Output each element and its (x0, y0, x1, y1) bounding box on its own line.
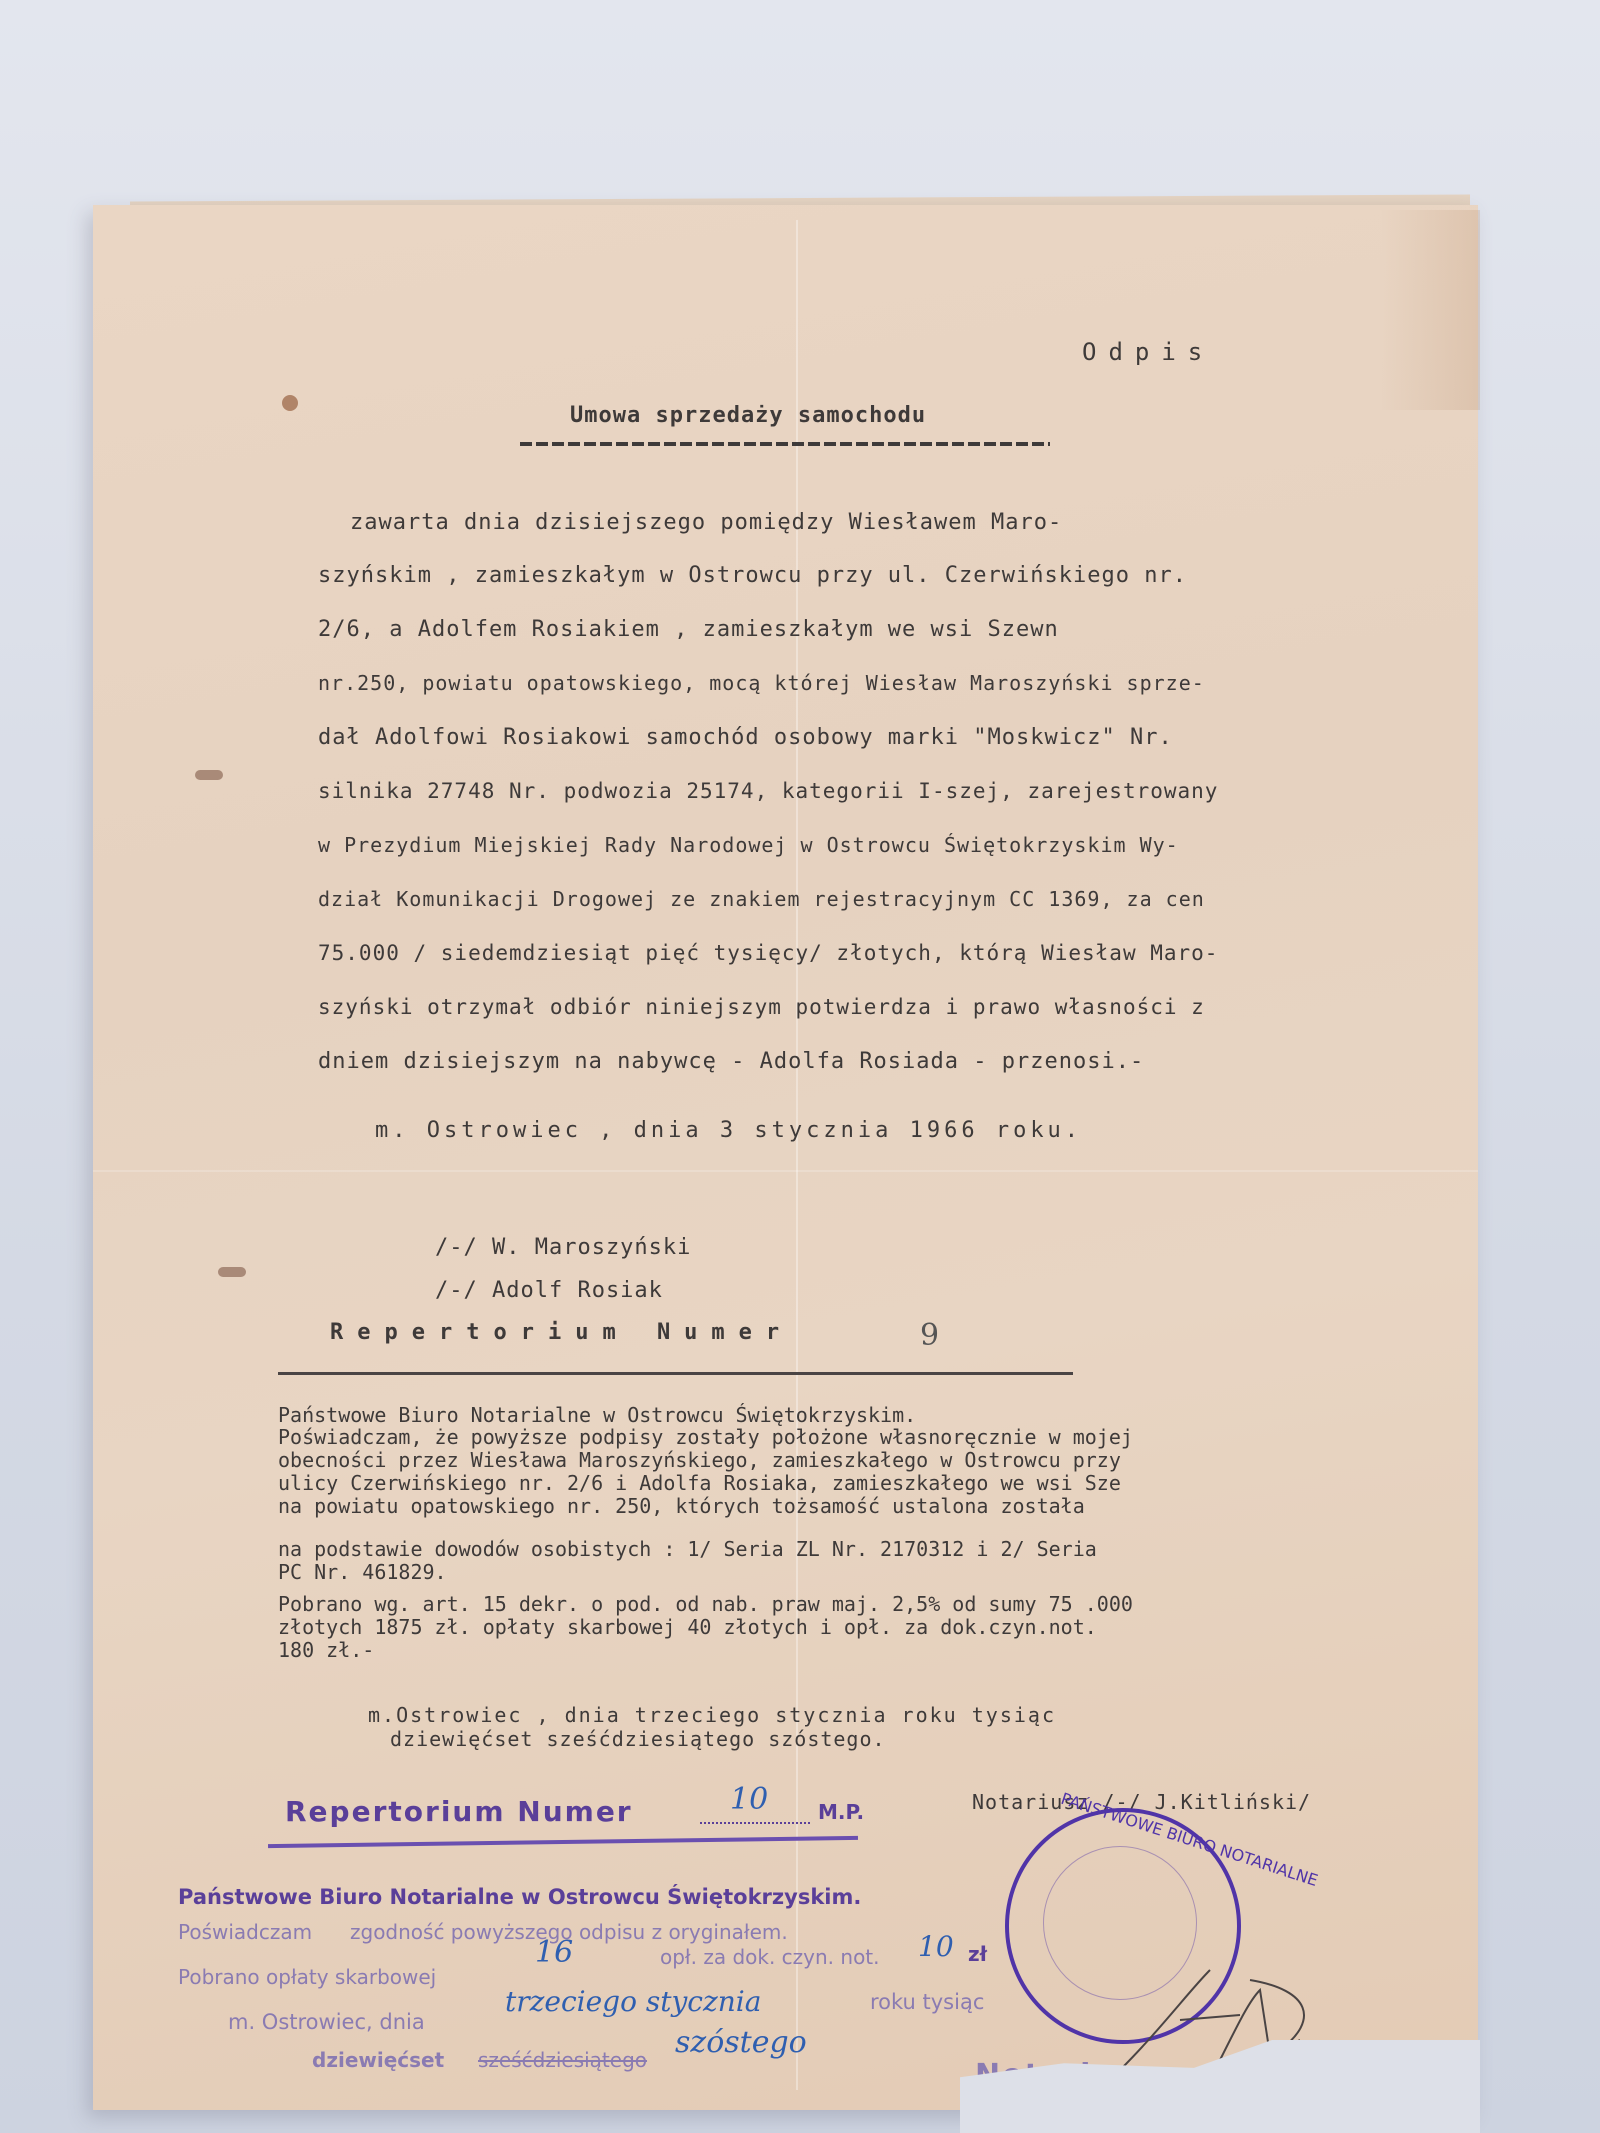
punch-hole (218, 1267, 246, 1277)
fees-handwritten: 16 (535, 1935, 573, 1970)
notary-line: 180 zł.- (278, 1638, 374, 1662)
stamp-office-line: Państwowe Biuro Notarialne w Ostrowcu Św… (178, 1885, 861, 1909)
stamp-repertorium-number: 10 (730, 1782, 768, 1817)
fees-amount: 10 (918, 1930, 954, 1963)
year-handwritten: szóstego (675, 2025, 807, 2060)
signature-seller: /-/ W. Maroszyński (435, 1235, 691, 1260)
notary-line: Państwowe Biuro Notarialne w Ostrowcu Św… (278, 1403, 916, 1427)
fees-currency: zł (968, 1942, 987, 1966)
body-line: silnika 27748 Nr. podwozia 25174, katego… (318, 779, 1218, 803)
notary-line: na powiatu opatowskiego nr. 250, których… (278, 1494, 1085, 1518)
stamp-year-printed: sześćdziesiątego (478, 2048, 647, 2072)
signature-buyer: /-/ Adolf Rosiak (435, 1278, 663, 1303)
body-line: szyńskim , zamieszkałym w Ostrowcu przy … (318, 563, 1187, 588)
notary-line: PC Nr. 461829. (278, 1560, 447, 1584)
body-line: dział Komunikacji Drogowej ze znakiem re… (318, 887, 1205, 911)
stamp-date-line-end: roku tysiąc (870, 1990, 984, 2014)
date-handwritten: trzeciego stycznia (505, 1985, 761, 2018)
body-line: 2/6, a Adolfem Rosiakiem , zamieszkałym … (318, 617, 1059, 642)
notary-line: Poświadczam, że powyższe podpisy zostały… (278, 1425, 1133, 1449)
body-line: dał Adolfowi Rosiakowi samochód osobowy … (318, 725, 1173, 750)
stamp-date-line: m. Ostrowiec, dnia (228, 2010, 425, 2034)
stamp-repertorium-label: Repertorium Numer (285, 1795, 633, 1828)
section-divider (278, 1372, 1073, 1375)
stamp-fees-mid: opł. za dok. czyn. not. (660, 1945, 880, 1969)
body-line: w Prezydium Miejskiej Rady Narodowej w O… (318, 833, 1179, 857)
body-line: zawarta dnia dzisiejszego pomiędzy Wiesł… (350, 510, 1062, 535)
stamp-mp: M.P. (818, 1800, 864, 1824)
notary-place-date: dziewięćset sześćdziesiątego szóstego. (390, 1727, 886, 1751)
stamp-certify-line: Poświadczam (178, 1920, 312, 1944)
body-line: szyński otrzymał odbiór niniejszym potwi… (318, 995, 1205, 1019)
stamp-year-line: dziewięćset (312, 2048, 444, 2072)
body-line: nr.250, powiatu opatowskiego, mocą które… (318, 671, 1205, 695)
notary-line: Pobrano wg. art. 15 dekr. o pod. od nab.… (278, 1592, 1133, 1616)
fold-crease-vertical (796, 220, 798, 2090)
stain-dot (282, 395, 298, 411)
fold-crease-horizontal (93, 1170, 1478, 1172)
punch-hole (195, 770, 223, 780)
body-line: dniem dzisiejszym na nabywcę - Adolfa Ro… (318, 1049, 1144, 1074)
document-title: Umowa sprzedaży samochodu (570, 403, 926, 428)
paper-shade (1380, 210, 1480, 410)
notary-line: obecności przez Wiesława Maroszyńskiego,… (278, 1448, 1121, 1472)
stamp-fees-line: Pobrano opłaty skarbowej (178, 1965, 436, 1989)
notary-line: złotych 1875 zł. opłaty skarbowej 40 zło… (278, 1615, 1097, 1639)
repertorium-label: Repertorium Numer (330, 1320, 793, 1345)
notary-line: ulicy Czerwińskiego nr. 2/6 i Adolfa Ros… (278, 1471, 1121, 1495)
title-underline (520, 442, 1050, 446)
repertorium-dotted-line (700, 1822, 810, 1824)
body-line: 75.000 / siedemdziesiąt pięć tysięcy/ zł… (318, 941, 1218, 965)
place-date: m. Ostrowiec , dnia 3 stycznia 1966 roku… (375, 1118, 1082, 1143)
repertorium-number: 9 (920, 1318, 939, 1353)
notary-line: na podstawie dowodów osobistych : 1/ Ser… (278, 1537, 1097, 1561)
notary-place-date: m.Ostrowiec , dnia trzeciego stycznia ro… (368, 1703, 1056, 1727)
odpis-label: Odpis (1082, 338, 1214, 366)
